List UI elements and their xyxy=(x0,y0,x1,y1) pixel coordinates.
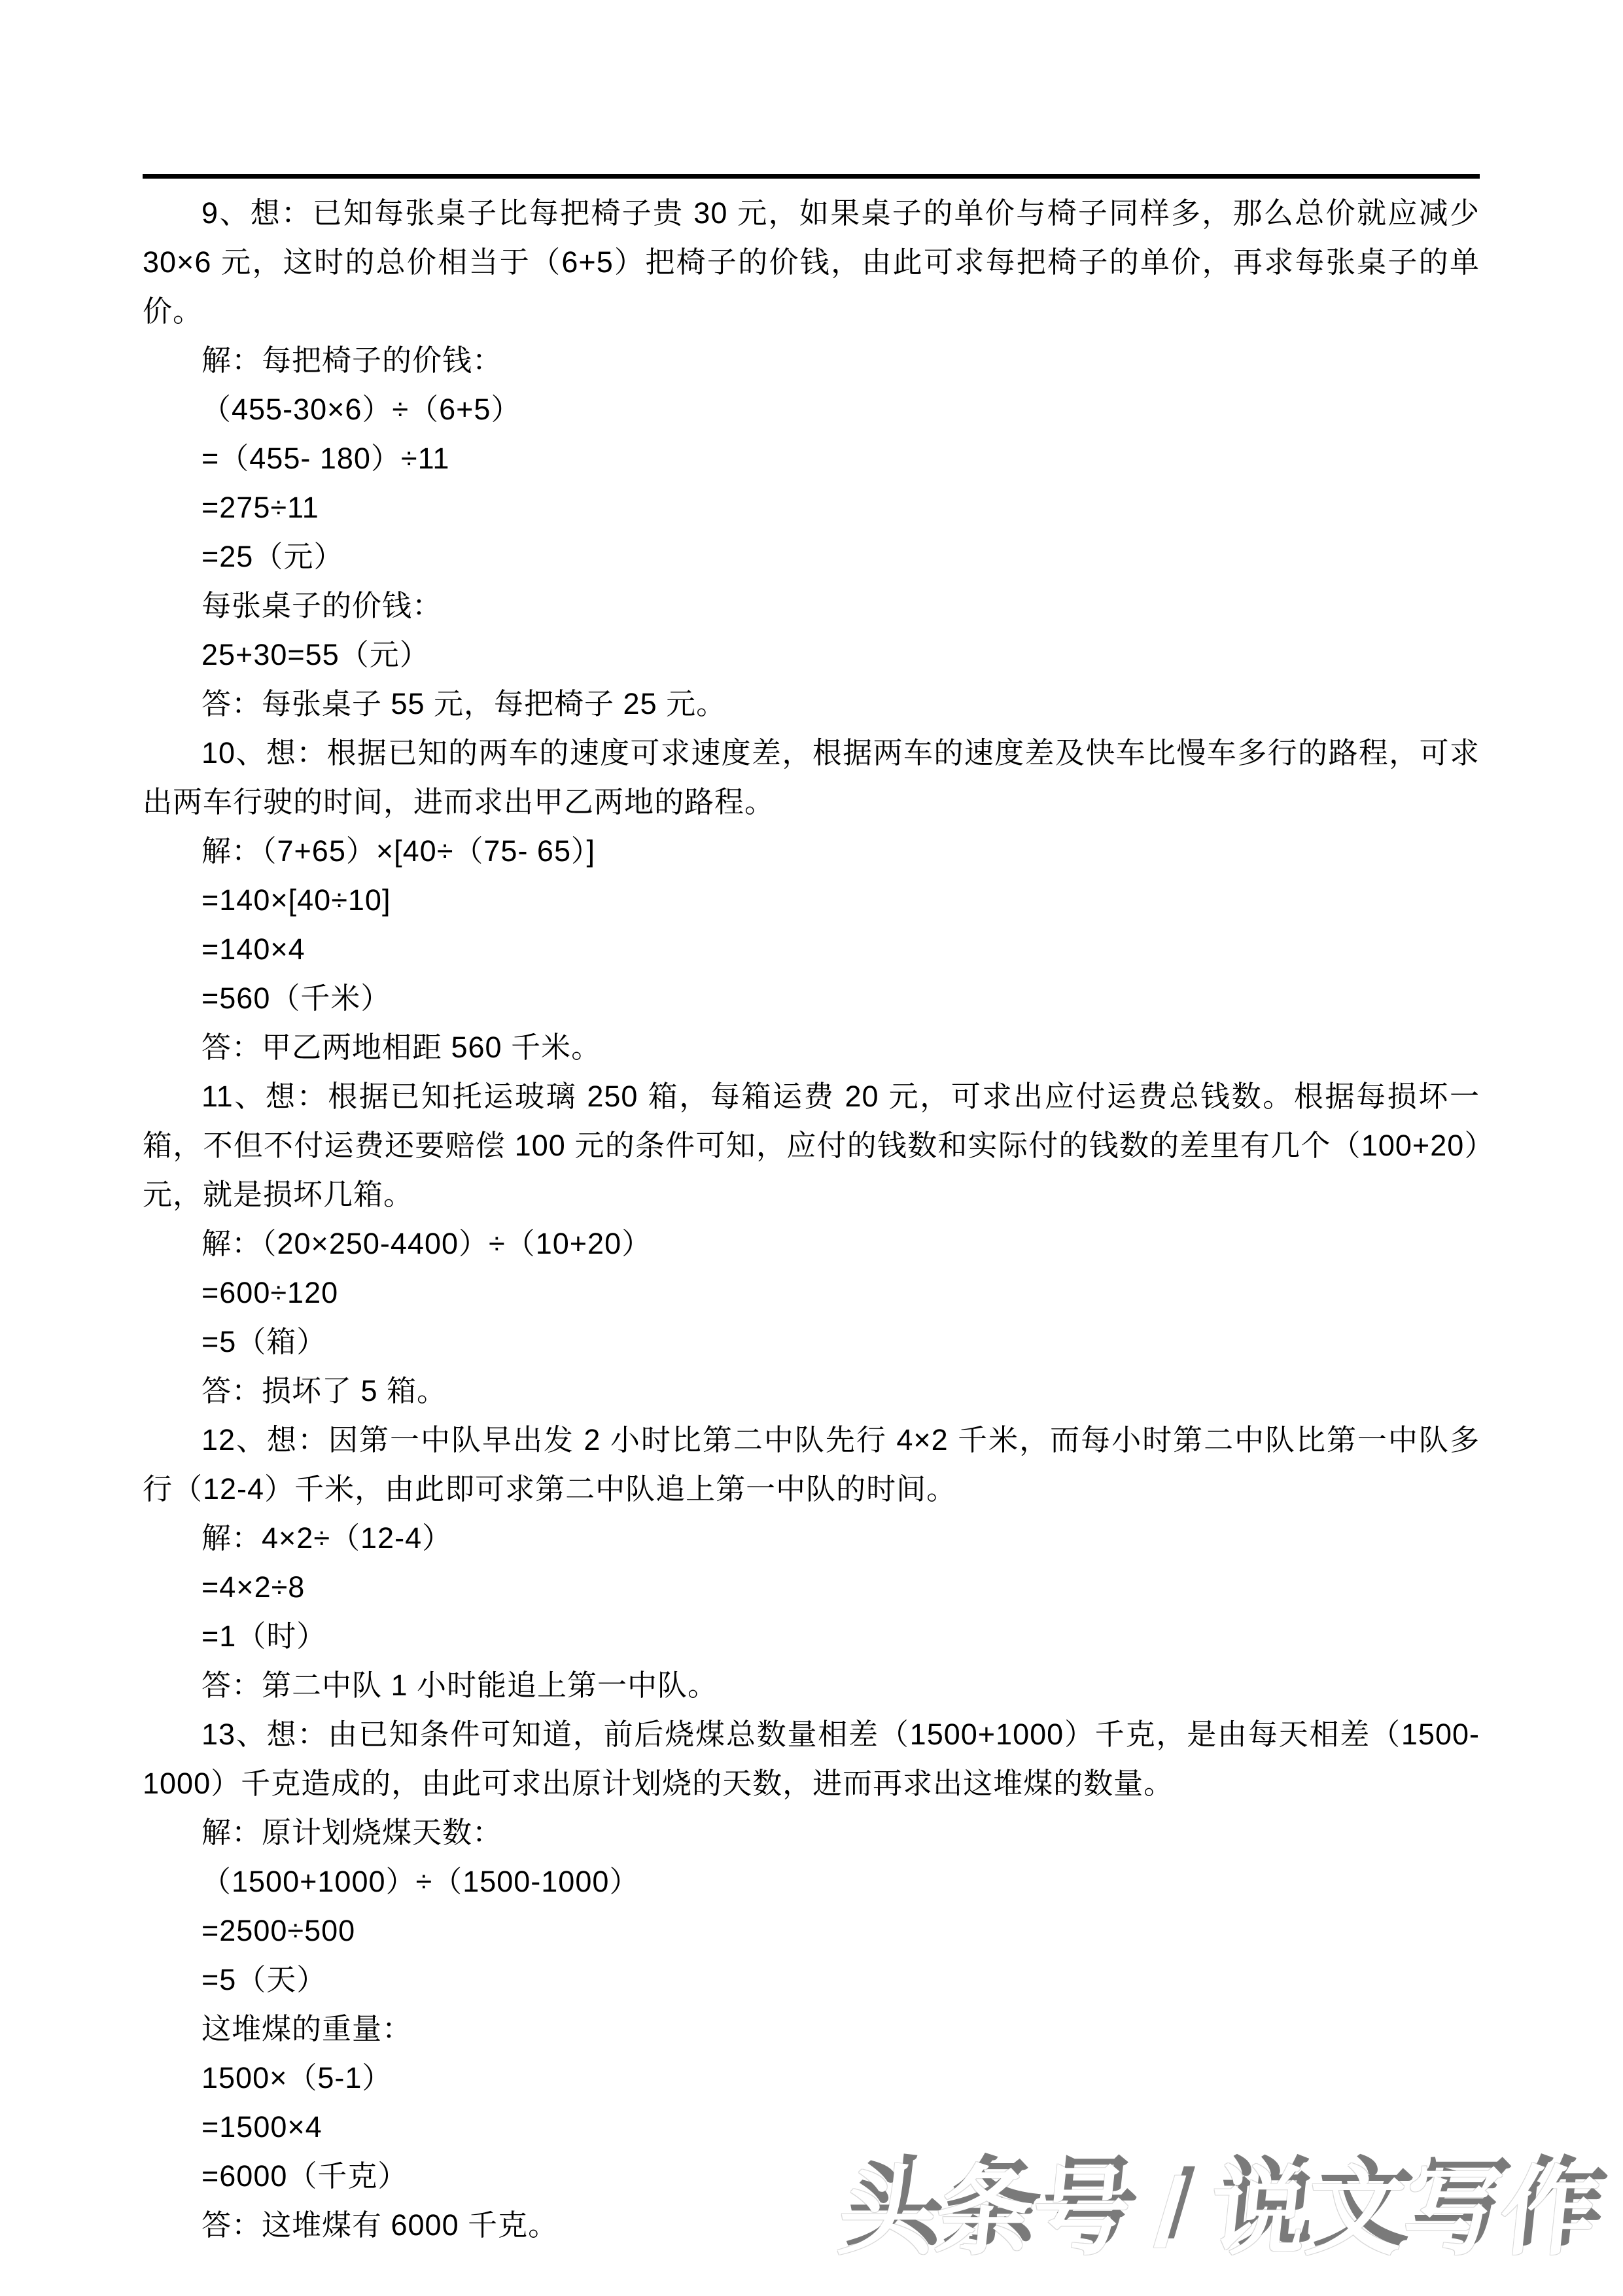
top-divider-rule xyxy=(143,174,1480,179)
paragraph-answer: 答：损坏了 5 箱。 xyxy=(143,1366,1480,1415)
paragraph-equation: 解：4×2÷（12-4） xyxy=(143,1513,1480,1563)
paragraph-equation: =560（千米） xyxy=(143,974,1480,1023)
document-body: 9、想：已知每张桌子比每把椅子贵 30 元，如果桌子的单价与椅子同样多，那么总价… xyxy=(143,188,1480,2250)
paragraph-equation: （1500+1000）÷（1500-1000） xyxy=(143,1857,1480,1906)
paragraph-answer: 答：第二中队 1 小时能追上第一中队。 xyxy=(143,1661,1480,1710)
paragraph-equation: =1（时） xyxy=(143,1612,1480,1661)
paragraph-sublabel: 每张桌子的价钱： xyxy=(143,581,1480,630)
paragraph-equation: =140×4 xyxy=(143,925,1480,974)
paragraph-problem11-analysis: 11、想：根据已知托运玻璃 250 箱，每箱运费 20 元，可求出应付运费总钱数… xyxy=(143,1072,1480,1219)
paragraph-solution-label: 解：原计划烧煤天数： xyxy=(143,1808,1480,1857)
paragraph-equation: 解：（7+65）×[40÷（75- 65）] xyxy=(143,826,1480,875)
paragraph-equation: 25+30=55（元） xyxy=(143,630,1480,679)
document-page: 9、想：已知每张桌子比每把椅子贵 30 元，如果桌子的单价与椅子同样多，那么总价… xyxy=(0,0,1623,2296)
paragraph-equation: =5（箱） xyxy=(143,1317,1480,1366)
paragraph-problem12-analysis: 12、想：因第一中队早出发 2 小时比第二中队先行 4×2 千米，而每小时第二中… xyxy=(143,1415,1480,1513)
paragraph-answer: 答：甲乙两地相距 560 千米。 xyxy=(143,1023,1480,1072)
paragraph-problem13-analysis: 13、想：由已知条件可知道，前后烧煤总数量相差（1500+1000）千克，是由每… xyxy=(143,1710,1480,1808)
paragraph-equation: 解：（20×250-4400）÷（10+20） xyxy=(143,1219,1480,1268)
paragraph-answer: 答：每张桌子 55 元，每把椅子 25 元。 xyxy=(143,679,1480,728)
paragraph-equation: =25（元） xyxy=(143,532,1480,581)
paragraph-equation: =（455- 180）÷11 xyxy=(143,434,1480,483)
toutiao-watermark: 头条号 / 说文写作 xyxy=(832,2135,1605,2274)
paragraph-solution-label: 解：每把椅子的价钱： xyxy=(143,336,1480,385)
paragraph-equation: （455-30×6）÷（6+5） xyxy=(143,385,1480,434)
paragraph-equation: 1500×（5-1） xyxy=(143,2053,1480,2102)
paragraph-problem10-analysis: 10、想：根据已知的两车的速度可求速度差，根据两车的速度差及快车比慢车多行的路程… xyxy=(143,728,1480,826)
paragraph-problem9-analysis: 9、想：已知每张桌子比每把椅子贵 30 元，如果桌子的单价与椅子同样多，那么总价… xyxy=(143,188,1480,336)
paragraph-sublabel: 这堆煤的重量： xyxy=(143,2004,1480,2053)
paragraph-equation: =600÷120 xyxy=(143,1268,1480,1317)
paragraph-equation: =275÷11 xyxy=(143,483,1480,532)
paragraph-equation: =2500÷500 xyxy=(143,1906,1480,1955)
paragraph-equation: =4×2÷8 xyxy=(143,1563,1480,1612)
paragraph-equation: =140×[40÷10] xyxy=(143,875,1480,925)
paragraph-equation: =5（天） xyxy=(143,1955,1480,2004)
